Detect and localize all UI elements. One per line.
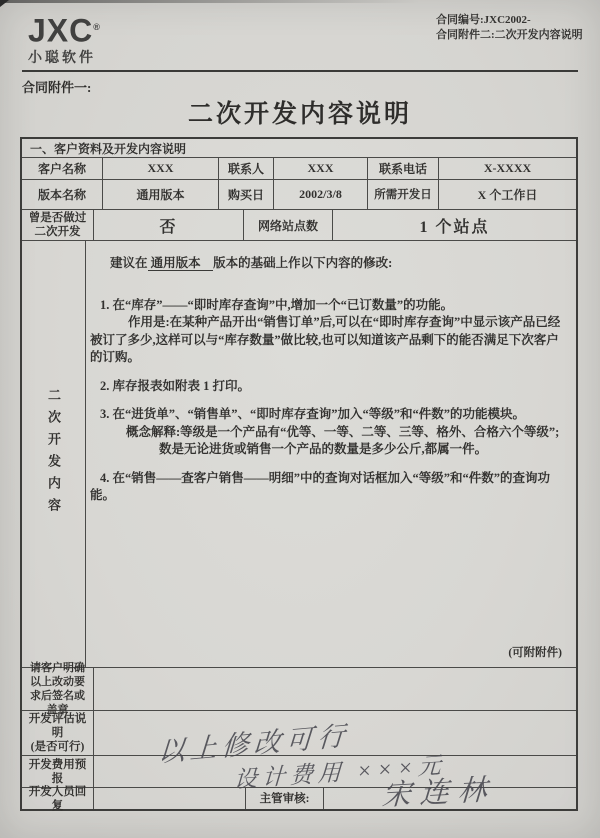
item-3-lead: 3. 在“进货单”、“销售单”、“即时库存查询”加入“等级”和“件数”的功能模块…: [90, 406, 562, 424]
contact-value: XXX: [274, 158, 368, 179]
item-1-lead: 1. 在“库存”——“即时库存查询”中,增加一个“已订数量”的功能。: [90, 297, 562, 315]
prior-dev-row: 曾是否做过二次开发 否 网络站点数 1 个站点: [22, 210, 576, 241]
eval-label-text: 开发评估说明(是否可行): [25, 712, 90, 754]
dev-days-label: 所需开发日: [368, 180, 439, 209]
attachment2-title: 合同附件二:二次开发内容说明: [436, 28, 583, 43]
item-4-lead: 4. 在“销售——查客户销售——明细”中的查询对话框加入“等级”和“件数”的查询…: [90, 470, 562, 505]
customer-info-row: 客户名称 XXX 联系人 XXX 联系电话 X-XXXX: [22, 158, 576, 180]
dev-days-value: X 个工作日: [439, 180, 576, 209]
scanned-document-page: JXC® 小聪软件 合同编号:JXC2002- 合同附件二:二次开发内容说明 合…: [0, 0, 600, 838]
purchase-date-label: 购买日: [219, 180, 274, 209]
contract-number: 合同编号:JXC2002-: [436, 13, 583, 28]
handwritten-signature: 宋连林: [381, 767, 497, 814]
dev-content-row-label: 二次开发内容: [22, 241, 86, 667]
intro-line: 建议在 通用版本 版本的基础上作以下内容的修改:: [110, 255, 562, 273]
prior-dev-value: 否: [94, 210, 244, 240]
logo-text: JXC®: [28, 12, 101, 46]
list-item-3: 3. 在“进货单”、“销售单”、“即时库存查询”加入“等级”和“件数”的功能模块…: [90, 406, 562, 459]
version-info-row: 版本名称 通用版本 购买日 2002/3/8 所需开发日 X 个工作日: [22, 180, 576, 210]
list-item-2: 2. 库存报表如附表 1 打印。: [90, 378, 562, 396]
phone-value: X-XXXX: [439, 158, 576, 179]
item-2-lead: 2. 库存报表如附表 1 打印。: [90, 378, 562, 396]
header-divider: [22, 70, 578, 72]
sites-value: 1 个站点: [333, 210, 576, 240]
document-header: JXC® 小聪软件 合同编号:JXC2002- 合同附件二:二次开发内容说明: [0, 0, 600, 70]
intro-version-underlined: 通用版本: [148, 256, 214, 271]
dev-content-vertical-label: 二次开发内容: [44, 388, 63, 520]
prior-dev-label: 曾是否做过二次开发: [22, 210, 94, 240]
phone-label: 联系电话: [368, 158, 439, 179]
registered-mark-icon: ®: [93, 22, 101, 32]
customer-name-value: XXX: [103, 158, 219, 179]
customer-name-label: 客户名称: [22, 158, 103, 179]
reply-area: [94, 788, 246, 809]
jxc-logo: JXC® 小聪软件: [28, 12, 101, 67]
dev-content-row: 二次开发内容 建议在 通用版本 版本的基础上作以下内容的修改: 1. 在“库存”…: [22, 241, 576, 668]
dev-content-body: 建议在 通用版本 版本的基础上作以下内容的修改: 1. 在“库存”——“即时库存…: [86, 241, 576, 667]
logo-subtitle: 小聪软件: [28, 47, 101, 67]
intro-suffix: 版本的基础上作以下内容的修改:: [213, 256, 392, 270]
purchase-date-value: 2002/3/8: [274, 180, 368, 209]
item-1-detail: 作用是:在某种产品开出“销售订单”后,可以在“即时库存查询”中显示该产品已经被订…: [90, 314, 562, 367]
eval-label-line1: 开发评估说明: [29, 713, 87, 739]
version-value: 通用版本: [103, 180, 219, 209]
customer-sign-label: 请客户明确以上改动要求后签名或盖章: [22, 668, 94, 710]
section-title-row: 一、客户资料及开发内容说明: [22, 139, 576, 158]
eval-label: 开发评估说明(是否可行): [22, 711, 94, 755]
attachment-note: (可附附件): [508, 645, 562, 663]
item-3-detail: 概念解释:等级是一个产品有“优等、一等、二等、三等、格外、合格六个等级”;数是无…: [90, 424, 562, 459]
list-item-4: 4. 在“销售——查客户销售——明细”中的查询对话框加入“等级”和“件数”的查询…: [90, 470, 562, 505]
customer-sign-area: [94, 668, 576, 710]
contact-label: 联系人: [219, 158, 274, 179]
version-label: 版本名称: [22, 180, 103, 209]
sites-label: 网络站点数: [244, 210, 333, 240]
reply-label: 开发人员回复: [22, 788, 94, 809]
logo-jxc: JXC: [28, 13, 93, 49]
fee-label: 开发费用预报: [22, 756, 94, 787]
customer-sign-row: 请客户明确以上改动要求后签名或盖章: [22, 668, 576, 711]
contract-meta: 合同编号:JXC2002- 合同附件二:二次开发内容说明: [436, 13, 583, 42]
development-form-table: 一、客户资料及开发内容说明 客户名称 XXX 联系人 XXX 联系电话 X-XX…: [20, 137, 578, 811]
intro-prefix: 建议在: [110, 256, 148, 270]
section-title: 一、客户资料及开发内容说明: [22, 139, 576, 157]
eval-label-line2: (是否可行): [31, 741, 85, 753]
page-title: 二次开发内容说明: [0, 94, 600, 130]
list-item-1: 1. 在“库存”——“即时库存查询”中,增加一个“已订数量”的功能。 作用是:在…: [90, 297, 562, 367]
